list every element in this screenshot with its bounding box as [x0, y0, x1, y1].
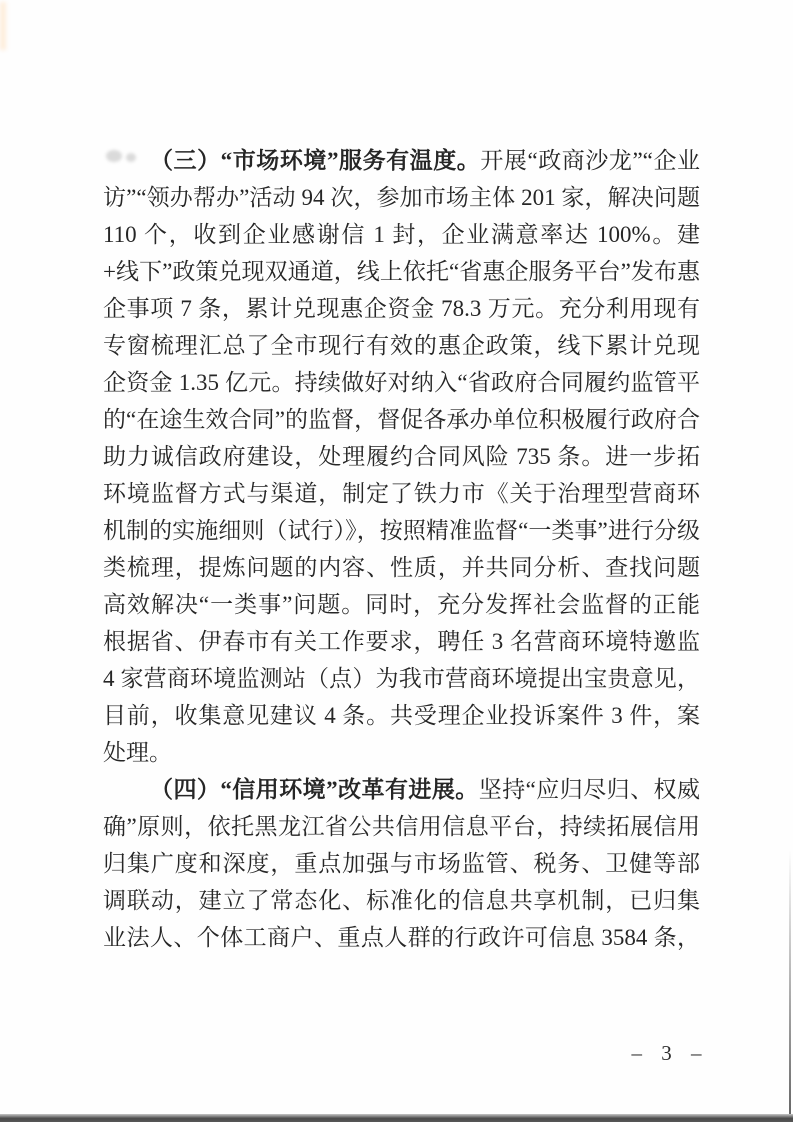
- scan-edge-vertical-line: [789, 850, 791, 1122]
- scanned-document-page: （三）“市场环境”服务有温度。开展“政商沙龙”“企业走访”“领办帮办”活动 94…: [0, 0, 793, 1122]
- paragraph-text: 业法人、个体工商户、重点人群的行政许可信息 3584 条，行政: [103, 925, 700, 956]
- paragraph-text: 确”原则，依托黑龙江省公共信用信息平台，持续拓展信用信息: [103, 814, 700, 845]
- text-line: 根据省、伊春市有关工作要求，聘任 3 名营商环境特邀监督员和: [103, 623, 700, 660]
- text-line: 环境监督方式与渠道，制定了铁力市《关于治理型营商环境监督: [103, 475, 700, 512]
- text-line: 110 个，收到企业感谢信 1 封，企业满意率达 100%。建立“线上: [103, 216, 700, 253]
- paragraph-text: 高效解决“一类事”问题。同时，充分发挥社会监督的正能量，: [103, 592, 700, 623]
- paragraph-text: +线下”政策兑现双通道，线上依托“省惠企服务平台”发布惠: [103, 259, 700, 284]
- text-line: 企事项 7 条，累计兑现惠企资金 78.3 万元。充分利用现有服务: [103, 290, 700, 327]
- paragraph-text: 企事项 7 条，累计兑现惠企资金 78.3 万元。充分利用现有服务: [103, 296, 700, 327]
- paragraph-heading: （三）“市场环境”服务有温度。: [150, 148, 480, 173]
- paragraph-text: 归集广度和深度，重点加强与市场监管、税务、卫健等部门的协: [103, 851, 700, 882]
- paragraph-text: 机制的实施细则（试行）》，按照精准监督“一类事”进行分级分: [103, 518, 700, 549]
- text-line: 机制的实施细则（试行）》，按照精准监督“一类事”进行分级分: [103, 512, 700, 549]
- paragraph-text: 110 个，收到企业感谢信 1 封，企业满意率达 100%。建立“线上: [103, 222, 700, 253]
- text-line: 4 家营商环境监测站（点）为我市营商环境提出宝贵意见，截至: [103, 660, 700, 697]
- text-line: 处理。: [103, 734, 700, 771]
- paragraph-text: 目前，收集意见建议 4 条。共受理企业投诉案件 3 件，案件均已: [103, 703, 700, 734]
- text-line: 目前，收集意见建议 4 条。共受理企业投诉案件 3 件，案件均已: [103, 697, 700, 734]
- text-line: 的“在途生效合同”的监督，督促各承办单位积极履行政府合同，: [103, 401, 700, 438]
- text-line: 专窗梳理汇总了全市现行有效的惠企政策，线下累计兑现政策惠: [103, 327, 700, 364]
- paragraph-text: 4 家营商环境监测站（点）为我市营商环境提出宝贵意见，截至: [103, 666, 700, 697]
- paragraph-text: 专窗梳理汇总了全市现行有效的惠企政策，线下累计兑现政策惠: [103, 333, 700, 364]
- paragraph-text: 的“在途生效合同”的监督，督促各承办单位积极履行政府合同，: [103, 407, 700, 438]
- paragraph: （三）“市场环境”服务有温度。开展“政商沙龙”“企业走访”“领办帮办”活动 94…: [103, 142, 700, 771]
- paragraph-text: 企资金 1.35 亿元。持续做好对纳入“省政府合同履约监管平台”: [103, 370, 700, 401]
- text-line: 助力诚信政府建设，处理履约合同风险 735 条。进一步拓宽营商: [103, 438, 700, 475]
- text-line: 确”原则，依托黑龙江省公共信用信息平台，持续拓展信用信息: [103, 808, 700, 845]
- paragraph-text: 类梳理，提炼问题的内容、性质，并共同分析、查找问题的成因，: [103, 555, 700, 586]
- paragraph-text: 访”“领办帮办”活动 94 次，参加市场主体 201 家，解决问题: [103, 185, 700, 210]
- text-line: 调联动，建立了常态化、标准化的信息共享机制，已归集涵盖企: [103, 882, 700, 919]
- page-number: – 3 –: [620, 1038, 720, 1068]
- text-line: 业法人、个体工商户、重点人群的行政许可信息 3584 条，行政: [103, 919, 700, 956]
- text-line: 高效解决“一类事”问题。同时，充分发挥社会监督的正能量，: [103, 586, 700, 623]
- text-line: （三）“市场环境”服务有温度。开展“政商沙龙”“企业走: [103, 142, 700, 179]
- text-line: 类梳理，提炼问题的内容、性质，并共同分析、查找问题的成因，: [103, 549, 700, 586]
- scan-edge-bottom: [0, 1114, 793, 1122]
- text-line: 企资金 1.35 亿元。持续做好对纳入“省政府合同履约监管平台”: [103, 364, 700, 401]
- paragraph-text: 环境监督方式与渠道，制定了铁力市《关于治理型营商环境监督: [103, 481, 700, 512]
- text-line: （四）“信用环境”改革有进展。坚持“应归尽归、权威准: [103, 771, 700, 808]
- scan-artifact-corner: [0, 2, 6, 50]
- paragraph-text: 处理。: [103, 740, 172, 765]
- text-line: 访”“领办帮办”活动 94 次，参加市场主体 201 家，解决问题: [103, 179, 700, 216]
- paragraph-text: 助力诚信政府建设，处理履约合同风险 735 条。进一步拓宽营商: [103, 444, 700, 475]
- document-body: （三）“市场环境”服务有温度。开展“政商沙龙”“企业走访”“领办帮办”活动 94…: [103, 142, 700, 956]
- paragraph-heading: （四）“信用环境”改革有进展。: [150, 777, 479, 802]
- paragraph: （四）“信用环境”改革有进展。坚持“应归尽归、权威准确”原则，依托黑龙江省公共信…: [103, 771, 700, 956]
- text-line: 归集广度和深度，重点加强与市场监管、税务、卫健等部门的协: [103, 845, 700, 882]
- text-line: +线下”政策兑现双通道，线上依托“省惠企服务平台”发布惠: [103, 253, 700, 290]
- paragraph-text: 根据省、伊春市有关工作要求，聘任 3 名营商环境特邀监督员和: [103, 629, 700, 660]
- paragraph-text: 调联动，建立了常态化、标准化的信息共享机制，已归集涵盖企: [103, 888, 700, 919]
